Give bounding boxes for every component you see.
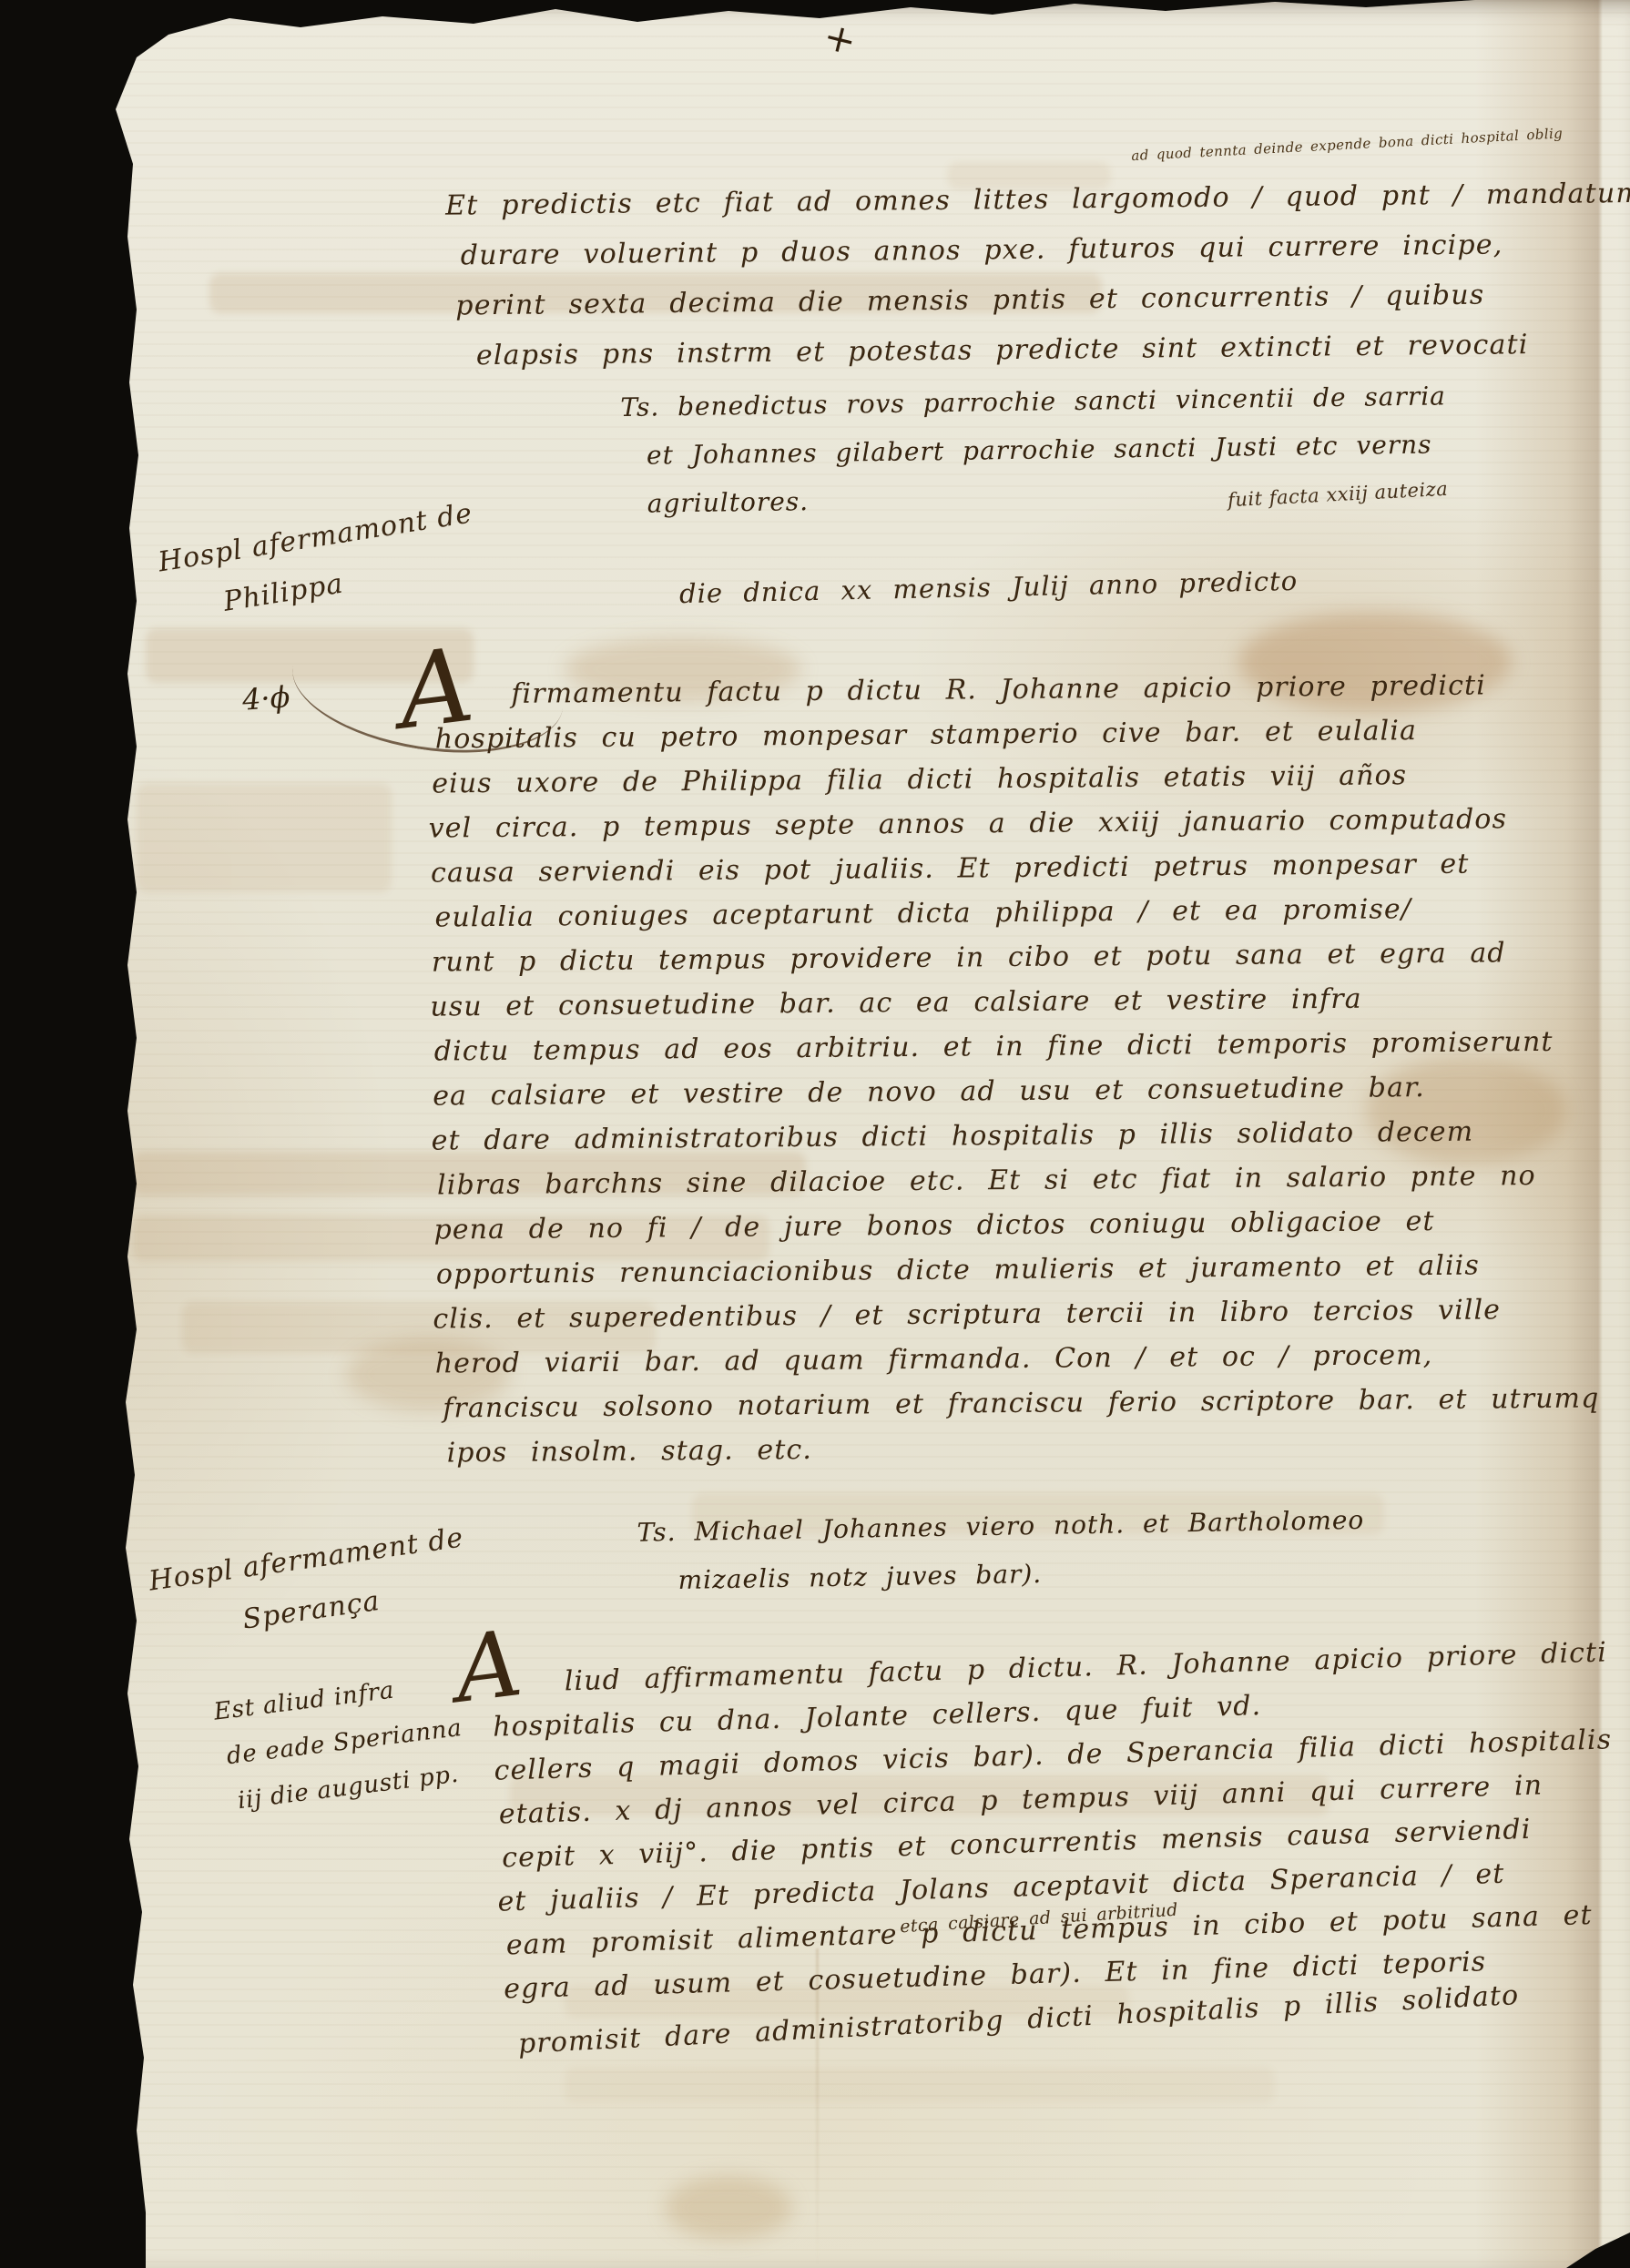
page-cross-mark: +	[820, 13, 861, 64]
margin-note-philippa: Hospl afermamont de Philippa	[155, 489, 484, 636]
marginalia-top-right: ad quod tennta deinde expende bona dicti…	[1131, 122, 1623, 164]
bleedthrough-smudge	[565, 2067, 1275, 2103]
manuscript-photo: + ad quod tennta deinde expende bona dic…	[0, 0, 1630, 2268]
witness-list-philippa: Ts. Michael Johannes viero noth. et Bart…	[637, 1492, 1549, 1604]
witness-list-first: Ts. benedictus rovs parrochie sancti vin…	[620, 371, 1533, 528]
margin-subnote-speranca: Est aliud infra de eade Sperianna iij di…	[211, 1660, 470, 1826]
intro-paragraph: Et predictis etc fiat ad omnes littes la…	[434, 168, 1602, 381]
manuscript-line: ipos insolm. stag. etc.	[433, 1420, 1599, 1475]
date-line: die dnica xx mensis Julij anno predicto	[679, 565, 1299, 609]
margin-note-speranca: Hospl afermament de Sperança	[146, 1513, 474, 1658]
bleedthrough-smudge	[137, 783, 392, 892]
act-philippa-paragraph: firmamentu factu p dictu R. Johanne apic…	[427, 662, 1600, 1475]
act-speranca-paragraph: liud affirmamentu factu p dictu. R. Joha…	[491, 1630, 1630, 2055]
paper-stain	[665, 2176, 792, 2240]
manuscript-page: + ad quod tennta deinde expende bona dic…	[0, 0, 1630, 2268]
paraph-mark: 4·ϕ	[241, 679, 291, 717]
